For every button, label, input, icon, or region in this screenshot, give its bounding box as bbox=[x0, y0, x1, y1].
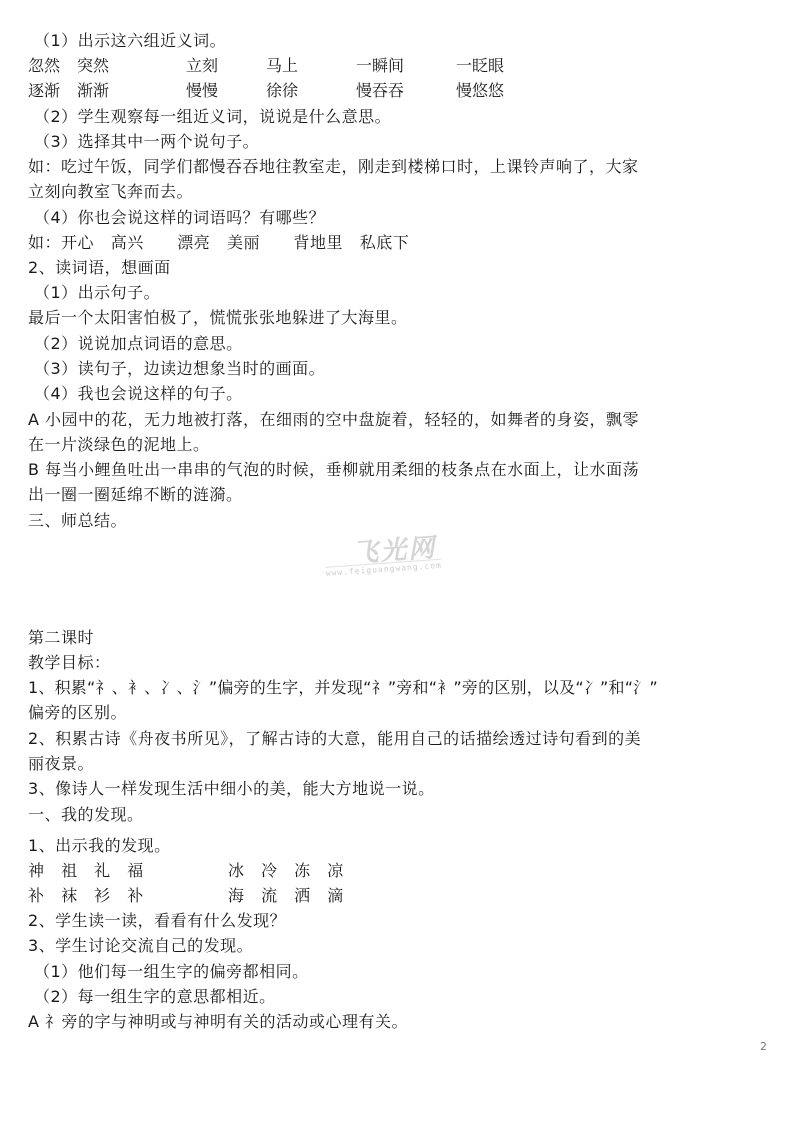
goal-2: 2、积累古诗《舟夜书所见》，了解古诗的大意，能用自己的话描绘透过诗句看到的美 bbox=[28, 729, 641, 749]
step-show-sentence: （1）出示句子。 bbox=[34, 283, 160, 303]
goal-1-cont: 偏旁的区别。 bbox=[28, 703, 127, 723]
teaching-goals-heading: 教学目标： bbox=[28, 653, 111, 673]
synonym-word: 慢吞吞 bbox=[356, 81, 404, 101]
step-show-discovery: 1、出示我的发现。 bbox=[28, 836, 171, 856]
example-words: 如：开心 高兴 漂亮 美丽 背地里 私底下 bbox=[28, 233, 409, 253]
goal-2-cont: 丽夜景。 bbox=[28, 754, 94, 774]
section-my-discovery: 一、我的发现。 bbox=[28, 805, 144, 825]
watermark-logo: 飞光网 www.feiguangwang.com bbox=[323, 525, 467, 595]
synonym-word: 忽然 bbox=[28, 56, 60, 76]
synonym-word: 一瞬间 bbox=[356, 56, 404, 76]
step-more-words: （4）你也会说这样的词语吗？有哪些？ bbox=[34, 208, 325, 228]
synonym-word: 逐渐 bbox=[28, 81, 60, 101]
sun-sentence: 最后一个太阳害怕极了，慌慌张张地躲进了大海里。 bbox=[28, 308, 408, 328]
sentence-b: B 每当小鲤鱼吐出一串串的气泡的时候，垂柳就用柔细的枝条点在水面上，让水面荡 bbox=[28, 460, 639, 480]
synonym-word: 马上 bbox=[266, 56, 298, 76]
section-summary: 三、师总结。 bbox=[28, 511, 127, 531]
step-read-imagine: （3）读句子，边读边想象当时的画面。 bbox=[34, 359, 325, 379]
step-make-sentence: （4）我也会说这样的句子。 bbox=[34, 384, 243, 404]
sentence-b-cont: 出一圈一圈延绵不断的涟漪。 bbox=[28, 485, 243, 505]
sentence-a-cont: 在一片淡绿色的泥地上。 bbox=[28, 435, 210, 455]
step-choose-sentence: （3）选择其中一两个说句子。 bbox=[34, 132, 259, 152]
lesson-two-heading: 第二课时 bbox=[28, 628, 94, 648]
synonym-word: 一眨眼 bbox=[456, 56, 504, 76]
synonym-word: 立刻 bbox=[186, 56, 218, 76]
synonym-word: 慢慢 bbox=[186, 81, 218, 101]
character-group: 神 祖 礼 福 bbox=[28, 861, 149, 881]
page-number: 2 bbox=[760, 1040, 767, 1053]
character-group: 海 流 洒 滴 bbox=[228, 886, 349, 906]
example-sentence: 如：吃过午饭，同学们都慢吞吞地往教室走，刚走到楼梯口时，上课铃声响了，大家 bbox=[28, 157, 639, 177]
goal-1: 1、积累“礻、衤、冫、氵”偏旁的生字，并发现“礻”旁和“衤”旁的区别，以及“冫”… bbox=[28, 678, 658, 698]
finding-a: A 礻旁的字与神明或与神明有关的活动或心理有关。 bbox=[28, 1012, 408, 1032]
sentence-a: A 小园中的花，无力地被打落，在细雨的空中盘旋着，轻轻的，如舞者的身姿，飘零 bbox=[28, 410, 639, 430]
step-discuss: 3、学生讨论交流自己的发现。 bbox=[28, 936, 253, 956]
step-observe: （2）学生观察每一组近义词，说说是什么意思。 bbox=[34, 107, 391, 127]
synonym-word: 突然 bbox=[77, 56, 109, 76]
step-read-discover: 2、学生读一读，看看有什么发现？ bbox=[28, 911, 286, 931]
finding-1: （1）他们每一组生字的偏旁都相同。 bbox=[34, 962, 309, 982]
example-sentence-cont: 立刻向教室飞奔而去。 bbox=[28, 182, 193, 202]
character-group: 补 袜 衫 补 bbox=[28, 886, 149, 906]
goal-3: 3、像诗人一样发现生活中细小的美，能大方地说一说。 bbox=[28, 779, 435, 799]
section-read-words: 2、读词语，想画面 bbox=[28, 258, 171, 278]
synonym-word: 徐徐 bbox=[266, 81, 298, 101]
step-show-synonyms: （1）出示这六组近义词。 bbox=[34, 31, 226, 51]
step-explain-words: （2）说说加点词语的意思。 bbox=[34, 334, 243, 354]
synonym-word: 慢悠悠 bbox=[456, 81, 504, 101]
finding-2: （2）每一组生字的意思都相近。 bbox=[34, 987, 276, 1007]
character-group: 冰 冷 冻 凉 bbox=[228, 861, 349, 881]
synonym-word: 渐渐 bbox=[77, 81, 109, 101]
